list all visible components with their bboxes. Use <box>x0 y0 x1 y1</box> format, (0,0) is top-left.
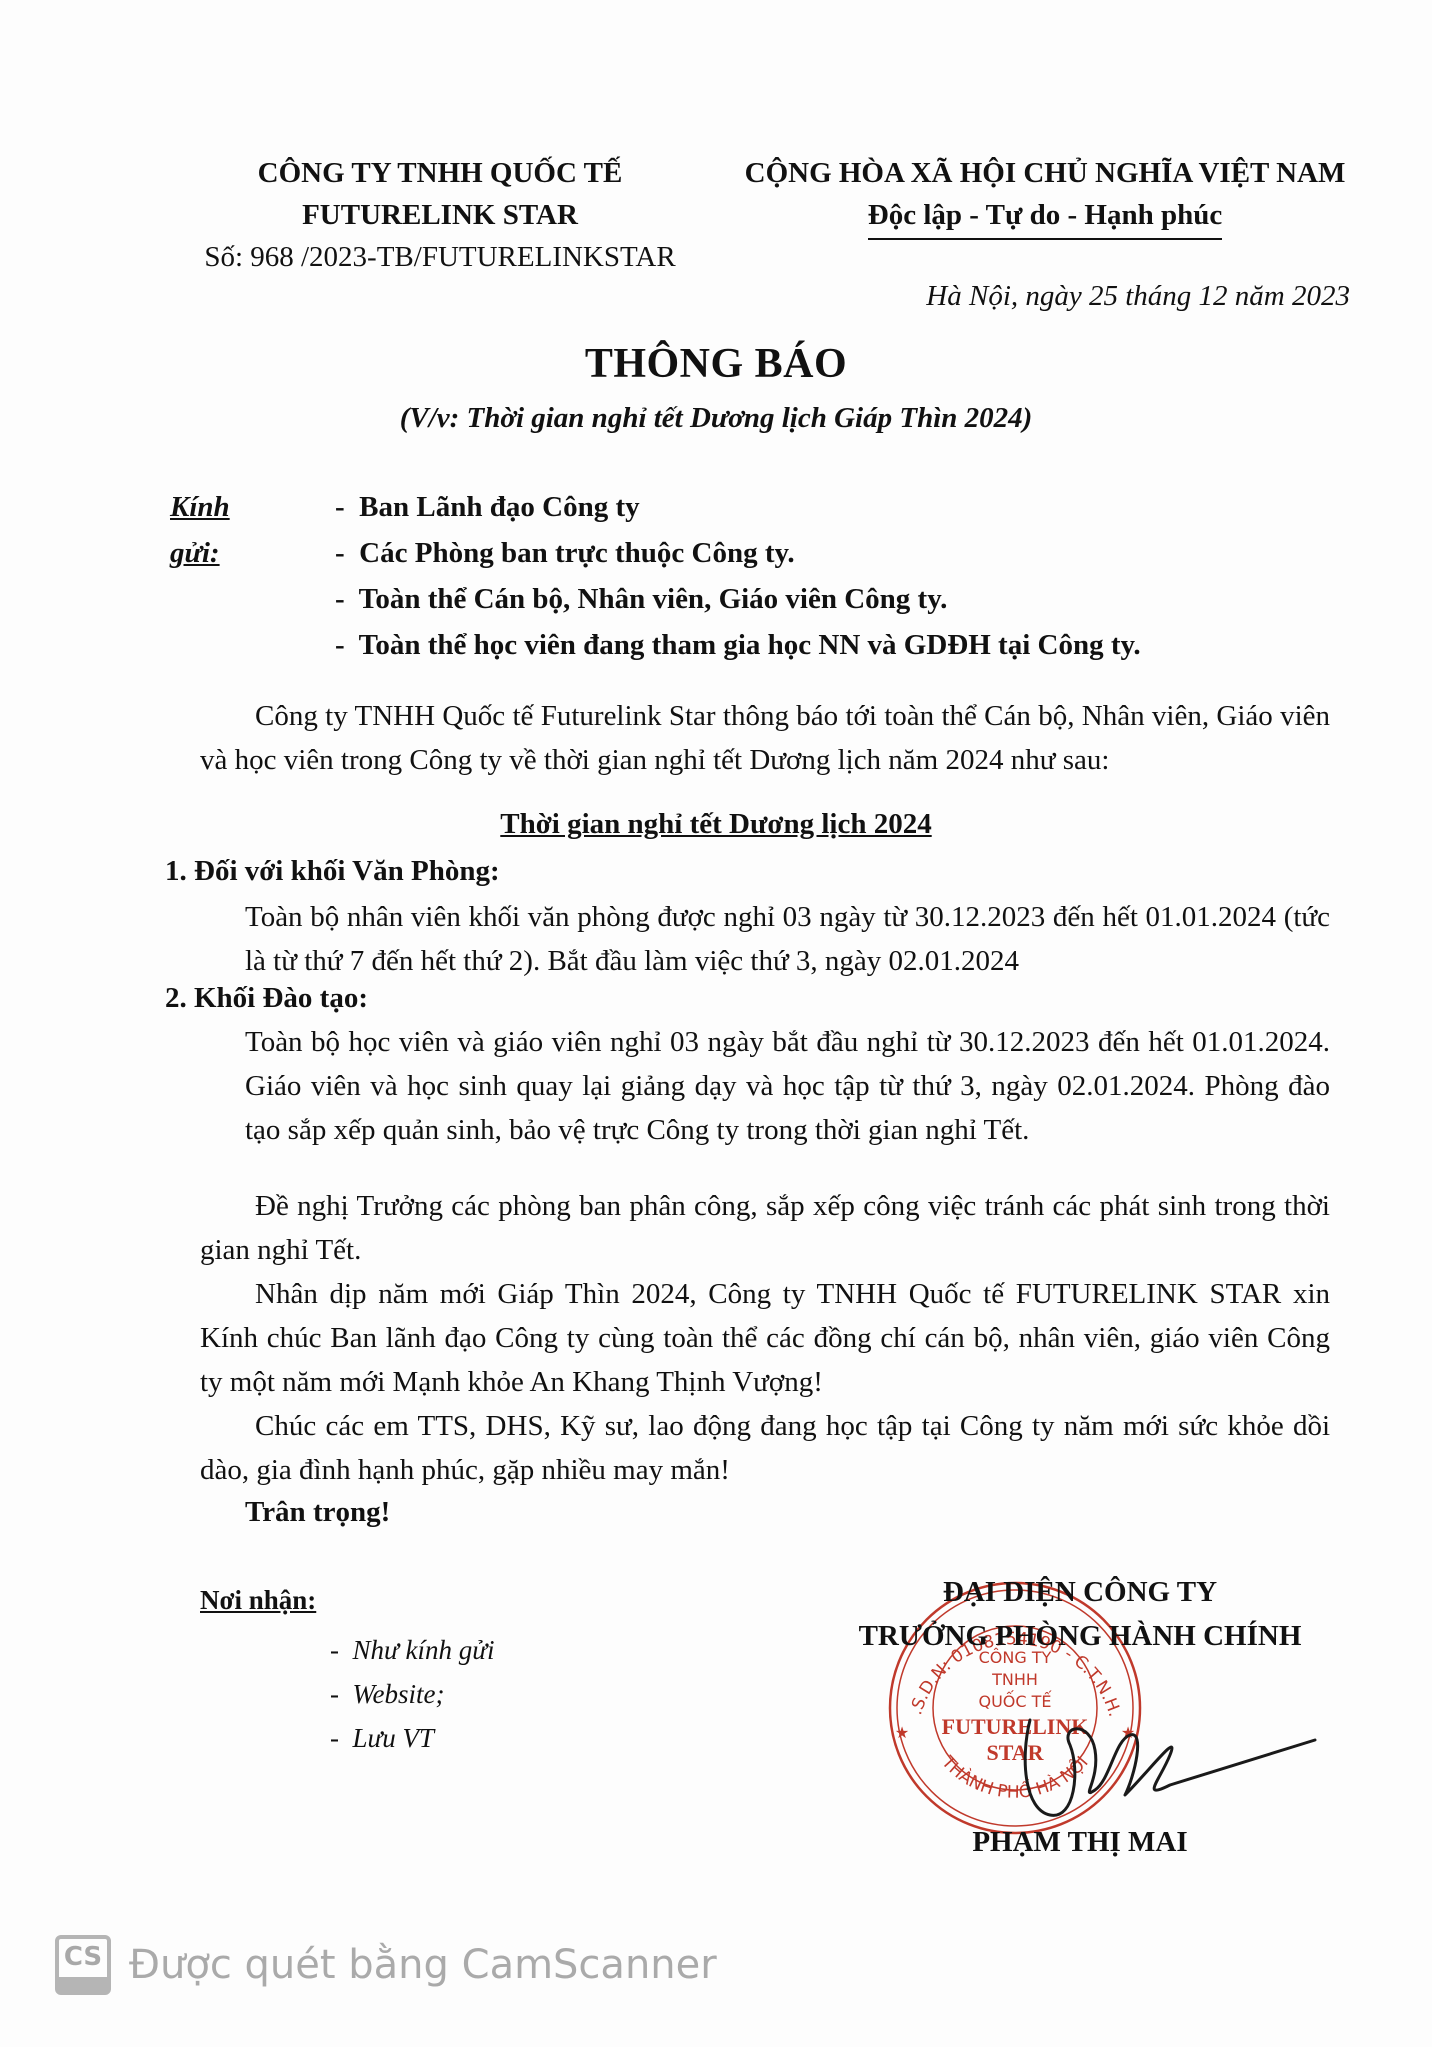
stamp-center-line: TNHH <box>991 1670 1038 1689</box>
recipient-item: Ban Lãnh đạo Công ty <box>335 484 1141 530</box>
closing-regards: Trân trọng! <box>245 1496 390 1529</box>
wish-text: Nhân dịp năm mới Giáp Thìn 2024, Công ty… <box>200 1278 1330 1398</box>
company-name-line2: FUTURELINK STAR <box>170 194 710 236</box>
wish2-paragraph: Chúc các em TTS, DHS, Kỹ sư, lao động đa… <box>200 1404 1330 1492</box>
wish2-text: Chúc các em TTS, DHS, Kỹ sư, lao động đa… <box>200 1410 1330 1486</box>
distribution-block: Nơi nhận: Như kính gửi Website; Lưu VT <box>200 1578 494 1760</box>
distribution-label: Nơi nhận: <box>200 1578 494 1622</box>
recipient-item: Các Phòng ban trực thuộc Công ty. <box>335 530 1141 576</box>
camscanner-logo-text: CS <box>59 1942 107 1972</box>
camscanner-watermark: CS Được quét bằng CamScanner <box>55 1935 717 1995</box>
document-title: THÔNG BÁO <box>0 340 1432 388</box>
recipients-label: Kính gửi: <box>170 484 230 576</box>
signatory-role-1: ĐẠI DIỆN CÔNG TY <box>800 1570 1360 1614</box>
document-number: Số: 968 /2023-TB/FUTURELINKSTAR <box>170 236 710 278</box>
signature-block: ĐẠI DIỆN CÔNG TY TRƯỞNG PHÒNG HÀNH CHÍNH <box>800 1570 1360 1658</box>
request-paragraph: Đề nghị Trưởng các phòng ban phân công, … <box>200 1184 1330 1272</box>
section-1-body: Toàn bộ nhân viên khối văn phòng được ng… <box>245 895 1330 983</box>
company-name-line1: CÔNG TY TNHH QUỐC TẾ <box>170 152 710 194</box>
signatory-name: PHẠM THỊ MAI <box>800 1826 1360 1859</box>
distribution-item: Như kính gửi <box>330 1628 494 1672</box>
wish-paragraph: Nhân dịp năm mới Giáp Thìn 2024, Công ty… <box>200 1272 1330 1404</box>
national-header: CỘNG HÒA XÃ HỘI CHỦ NGHĨA VIỆT NAM Độc l… <box>735 152 1355 240</box>
document-subtitle: (V/v: Thời gian nghỉ tết Dương lịch Giáp… <box>0 402 1432 435</box>
request-text: Đề nghị Trưởng các phòng ban phân công, … <box>200 1190 1330 1266</box>
signatory-role-2: TRƯỞNG PHÒNG HÀNH CHÍNH <box>800 1614 1360 1658</box>
stamp-star-icon: ★ <box>895 1723 909 1742</box>
watermark-text: Được quét bằng CamScanner <box>129 1942 717 1988</box>
section-title-text: Thời gian nghỉ tết Dương lịch 2024 <box>500 808 931 840</box>
section-2-heading: 2. Khối Đào tạo: <box>165 982 368 1015</box>
country-name: CỘNG HÒA XÃ HỘI CHỦ NGHĨA VIỆT NAM <box>735 152 1355 194</box>
company-header: CÔNG TY TNHH QUỐC TẾ FUTURELINK STAR Số:… <box>170 152 710 278</box>
distribution-item: Website; <box>330 1672 494 1716</box>
date-line: Hà Nội, ngày 25 tháng 12 năm 2023 <box>926 280 1350 313</box>
section-2-body: Toàn bộ học viên và giáo viên nghỉ 03 ng… <box>245 1020 1330 1152</box>
camscanner-logo-icon: CS <box>55 1935 111 1995</box>
distribution-list: Như kính gửi Website; Lưu VT <box>200 1628 494 1760</box>
intro-text: Công ty TNHH Quốc tế Futurelink Star thô… <box>200 700 1330 776</box>
recipients-list: Ban Lãnh đạo Công ty Các Phòng ban trực … <box>335 484 1141 668</box>
section-title: Thời gian nghỉ tết Dương lịch 2024 <box>0 808 1432 841</box>
distribution-item: Lưu VT <box>330 1716 494 1760</box>
national-motto: Độc lập - Tự do - Hạnh phúc <box>868 194 1223 240</box>
recipient-item: Toàn thể học viên đang tham gia học NN v… <box>335 622 1141 668</box>
intro-paragraph: Công ty TNHH Quốc tế Futurelink Star thô… <box>200 694 1330 782</box>
section-1-heading: 1. Đối với khối Văn Phòng: <box>165 855 500 888</box>
recipient-item: Toàn thể Cán bộ, Nhân viên, Giáo viên Cô… <box>335 576 1141 622</box>
handwritten-signature <box>1020 1700 1320 1830</box>
